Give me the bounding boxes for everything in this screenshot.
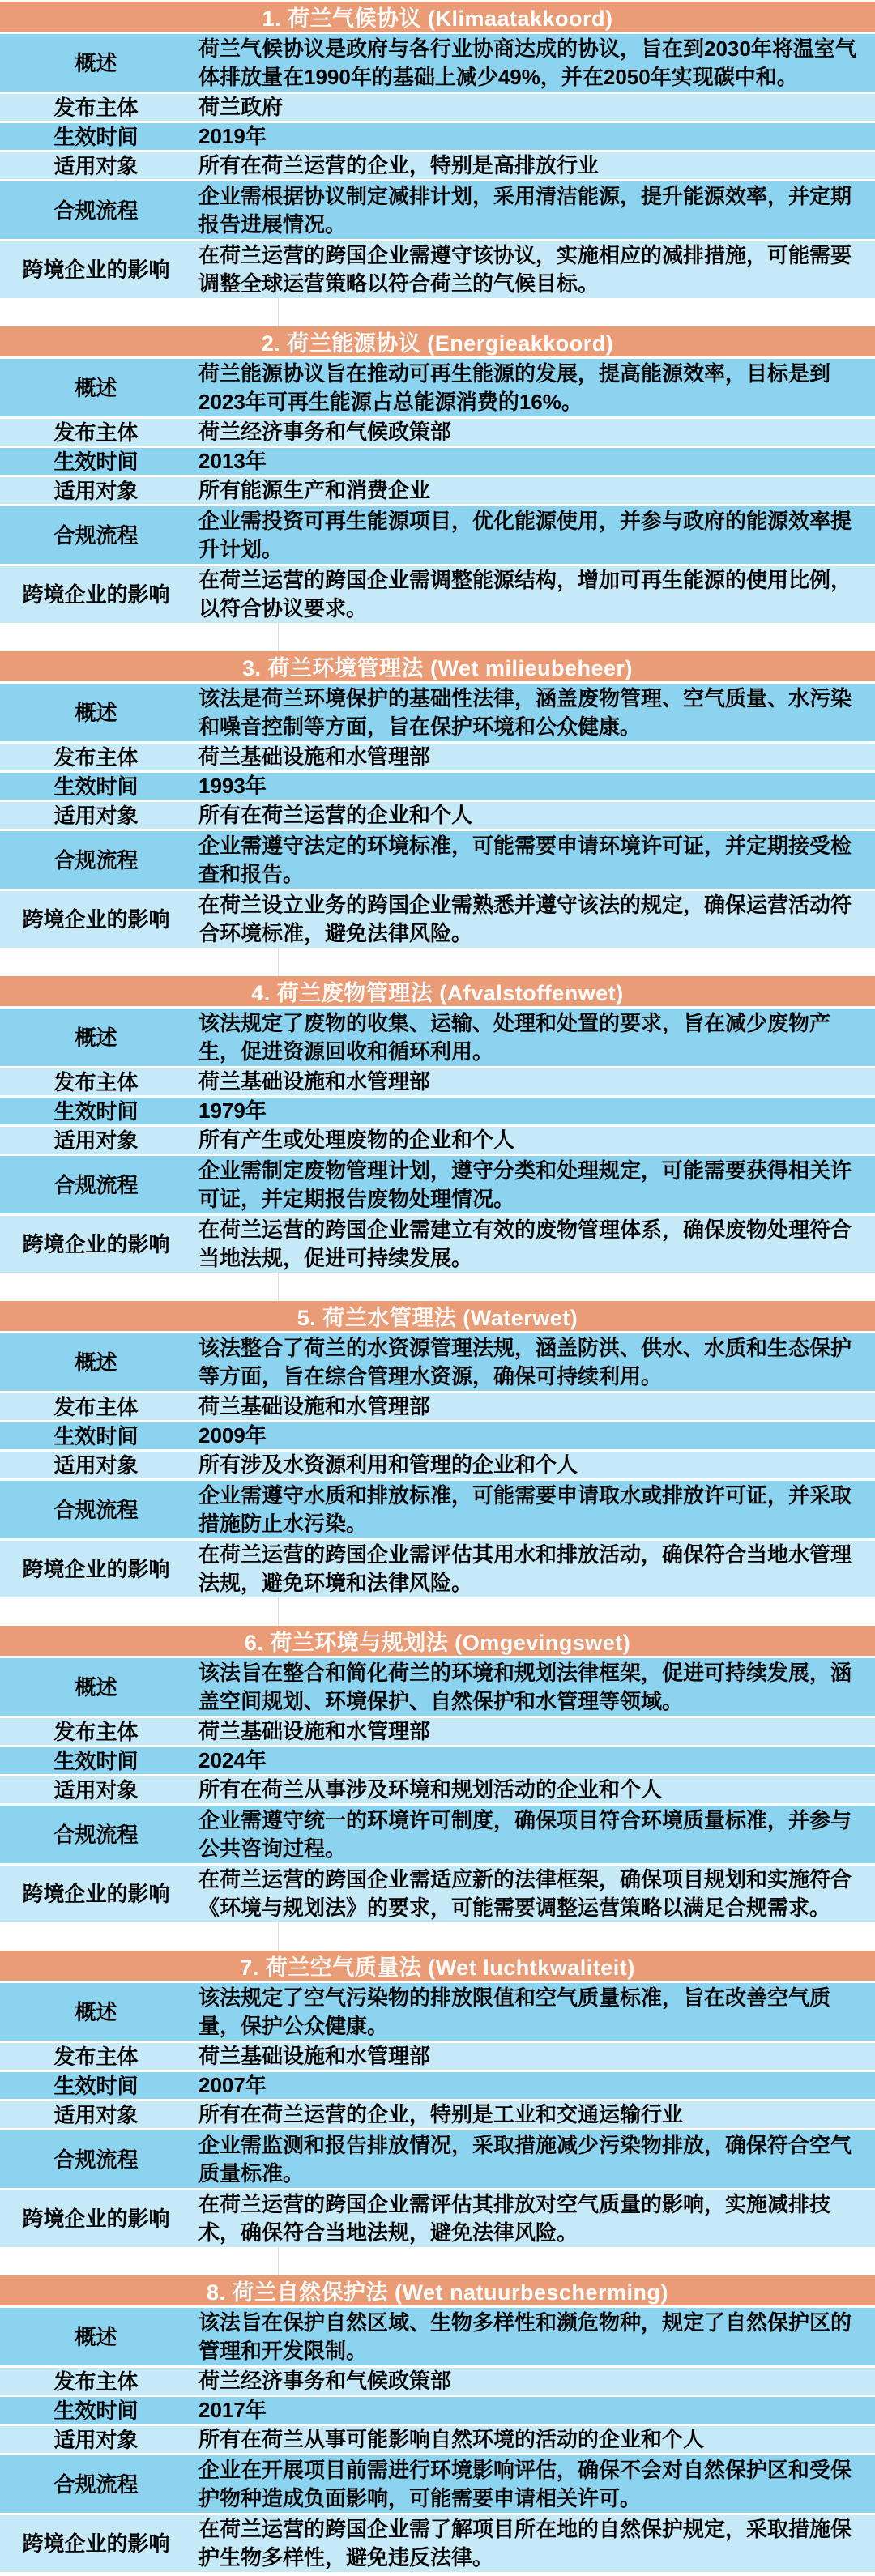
impact-text: 在荷兰运营的跨国企业需适应新的法律框架，确保项目规划和实施符合《环境与规划法》的…: [192, 1866, 875, 1922]
row-label-compliance: 合规流程: [0, 1156, 192, 1213]
overview-text: 荷兰气候协议是政府与各行业协商达成的协议，旨在到2030年将温室气体排放量在19…: [192, 34, 875, 92]
compliance-text: 企业需监测和报告排放情况，采取措施减少污染物排放，确保符合空气质量标准。: [192, 2130, 875, 2188]
row-label-overview: 概述: [0, 1333, 192, 1391]
effective-text: 1993年: [192, 773, 875, 800]
applicable-text: 所有涉及水资源利用和管理的企业和个人: [192, 1452, 875, 1478]
issuer-text: 荷兰基础设施和水管理部: [192, 1718, 875, 1745]
row-label-applicable: 适用对象: [0, 2426, 192, 2453]
compliance-text: 企业需遵守水质和排放标准，可能需要申请取水或排放许可证，并采取措施防止水污染。: [192, 1481, 875, 1538]
compliance-text: 企业在开展项目前需进行环境影响评估，确保不会对自然保护区和受保护物种造成负面影响…: [192, 2455, 875, 2513]
effective-text: 2013年: [192, 448, 875, 475]
section-gap: [0, 1273, 875, 1301]
effective-text: 2009年: [192, 1422, 875, 1449]
row-label-effective: 生效时间: [0, 773, 192, 800]
row-label-effective: 生效时间: [0, 2397, 192, 2424]
row-label-compliance: 合规流程: [0, 831, 192, 889]
impact-text: 在荷兰运营的跨国企业需调整能源结构，增加可再生能源的使用比例，以符合协议要求。: [192, 566, 875, 623]
applicable-text: 所有能源生产和消费企业: [192, 477, 875, 504]
row-label-issuer: 发布主体: [0, 2043, 192, 2070]
overview-text: 该法是荷兰环境保护的基础性法律，涵盖废物管理、空气质量、水污染和噪音控制等方面，…: [192, 684, 875, 741]
impact-text: 在荷兰运营的跨国企业需评估其排放对空气质量的影响，实施减排技术，确保符合当地法规…: [192, 2190, 875, 2247]
row-label-issuer: 发布主体: [0, 1718, 192, 1745]
row-label-overview: 概述: [0, 1983, 192, 2041]
row-label-effective: 生效时间: [0, 2072, 192, 2099]
grid-line: [278, 298, 279, 326]
row-label-issuer: 发布主体: [0, 94, 192, 121]
row-label-impact: 跨境企业的影响: [0, 1541, 192, 1597]
row-label-issuer: 发布主体: [0, 1393, 192, 1420]
overview-text: 该法规定了空气污染物的排放限值和空气质量标准，旨在改善空气质量，保护公众健康。: [192, 1983, 875, 2041]
applicable-text: 所有在荷兰运营的企业，特别是高排放行业: [192, 152, 875, 179]
applicable-text: 所有在荷兰运营的企业和个人: [192, 802, 875, 829]
row-label-compliance: 合规流程: [0, 1481, 192, 1538]
compliance-text: 企业需投资可再生能源项目，优化能源使用，并参与政府的能源效率提升计划。: [192, 506, 875, 564]
issuer-text: 荷兰经济事务和气候政策部: [192, 419, 875, 446]
section-energieakkoord: 2. 荷兰能源协议 (Energieakkoord) 概述荷兰能源协议旨在推动可…: [0, 326, 875, 623]
issuer-text: 荷兰基础设施和水管理部: [192, 744, 875, 770]
law-table-page: 1. 荷兰气候协议 (Klimaatakkoord) 概述荷兰气候协议是政府与各…: [0, 0, 875, 2572]
impact-text: 在荷兰运营的跨国企业需了解项目所在地的自然保护规定，采取措施保护生物多样性，避免…: [192, 2515, 875, 2572]
effective-text: 1979年: [192, 1098, 875, 1124]
row-label-compliance: 合规流程: [0, 181, 192, 239]
row-label-overview: 概述: [0, 1658, 192, 1716]
applicable-text: 所有在荷兰从事涉及环境和规划活动的企业和个人: [192, 1776, 875, 1803]
row-label-impact: 跨境企业的影响: [0, 2190, 192, 2247]
impact-text: 在荷兰运营的跨国企业需建立有效的废物管理体系，确保废物处理符合当地法规，促进可持…: [192, 1216, 875, 1273]
effective-text: 2024年: [192, 1747, 875, 1774]
row-label-impact: 跨境企业的影响: [0, 1866, 192, 1922]
row-label-impact: 跨境企业的影响: [0, 2515, 192, 2572]
section-title: 6. 荷兰环境与规划法 (Omgevingswet): [0, 1626, 875, 1656]
section-title: 2. 荷兰能源协议 (Energieakkoord): [0, 326, 875, 356]
section-klimaatakkoord: 1. 荷兰气候协议 (Klimaatakkoord) 概述荷兰气候协议是政府与各…: [0, 2, 875, 298]
compliance-text: 企业需遵守法定的环境标准，可能需要申请环境许可证，并定期接受检查和报告。: [192, 831, 875, 889]
row-label-issuer: 发布主体: [0, 2368, 192, 2395]
grid-line: [278, 1597, 279, 1626]
section-gap: [0, 623, 875, 651]
grid-line: [278, 1273, 279, 1301]
applicable-text: 所有在荷兰运营的企业，特别是工业和交通运输行业: [192, 2101, 875, 2128]
section-gap: [0, 1597, 875, 1626]
section-title: 5. 荷兰水管理法 (Waterwet): [0, 1301, 875, 1331]
row-label-compliance: 合规流程: [0, 2455, 192, 2513]
grid-line: [278, 2247, 279, 2275]
section-title: 8. 荷兰自然保护法 (Wet natuurbescherming): [0, 2275, 875, 2305]
section-wet-milieubeheer: 3. 荷兰环境管理法 (Wet milieubeheer) 概述该法是荷兰环境保…: [0, 651, 875, 948]
row-label-effective: 生效时间: [0, 1422, 192, 1449]
section-title: 3. 荷兰环境管理法 (Wet milieubeheer): [0, 651, 875, 681]
section-wet-luchtkwaliteit: 7. 荷兰空气质量法 (Wet luchtkwaliteit) 概述该法规定了空…: [0, 1951, 875, 2247]
row-label-overview: 概述: [0, 34, 192, 92]
row-label-issuer: 发布主体: [0, 744, 192, 770]
overview-text: 该法旨在保护自然区域、生物多样性和濒危物种，规定了自然保护区的管理和开发限制。: [192, 2308, 875, 2365]
row-label-overview: 概述: [0, 1009, 192, 1066]
row-label-effective: 生效时间: [0, 448, 192, 475]
row-label-applicable: 适用对象: [0, 1127, 192, 1154]
section-title: 1. 荷兰气候协议 (Klimaatakkoord): [0, 2, 875, 32]
row-label-applicable: 适用对象: [0, 152, 192, 179]
grid-line: [278, 948, 279, 976]
row-label-compliance: 合规流程: [0, 506, 192, 564]
row-label-applicable: 适用对象: [0, 477, 192, 504]
section-gap: [0, 298, 875, 326]
grid-line: [278, 623, 279, 651]
row-label-overview: 概述: [0, 2308, 192, 2365]
effective-text: 2017年: [192, 2397, 875, 2424]
issuer-text: 荷兰基础设施和水管理部: [192, 1068, 875, 1095]
row-label-applicable: 适用对象: [0, 2101, 192, 2128]
compliance-text: 企业需遵守统一的环境许可制度，确保项目符合环境质量标准，并参与公共咨询过程。: [192, 1806, 875, 1863]
overview-text: 该法整合了荷兰的水资源管理法规，涵盖防洪、供水、水质和生态保护等方面，旨在综合管…: [192, 1333, 875, 1391]
row-label-issuer: 发布主体: [0, 419, 192, 446]
row-label-impact: 跨境企业的影响: [0, 891, 192, 948]
row-label-impact: 跨境企业的影响: [0, 1216, 192, 1273]
effective-text: 2019年: [192, 123, 875, 150]
section-gap: [0, 2247, 875, 2275]
row-label-overview: 概述: [0, 684, 192, 741]
issuer-text: 荷兰经济事务和气候政策部: [192, 2368, 875, 2395]
section-gap: [0, 948, 875, 976]
section-title: 7. 荷兰空气质量法 (Wet luchtkwaliteit): [0, 1951, 875, 1981]
row-label-applicable: 适用对象: [0, 1452, 192, 1478]
overview-text: 该法规定了废物的收集、运输、处理和处置的要求，旨在减少废物产生，促进资源回收和循…: [192, 1009, 875, 1066]
row-label-effective: 生效时间: [0, 123, 192, 150]
row-label-impact: 跨境企业的影响: [0, 566, 192, 623]
compliance-text: 企业需制定废物管理计划，遵守分类和处理规定，可能需要获得相关许可证，并定期报告废…: [192, 1156, 875, 1213]
section-waterwet: 5. 荷兰水管理法 (Waterwet) 概述该法整合了荷兰的水资源管理法规，涵…: [0, 1301, 875, 1597]
issuer-text: 荷兰基础设施和水管理部: [192, 1393, 875, 1420]
impact-text: 在荷兰设立业务的跨国企业需熟悉并遵守该法的规定，确保运营活动符合环境标准，避免法…: [192, 891, 875, 948]
grid-line: [278, 1922, 279, 1951]
row-label-compliance: 合规流程: [0, 1806, 192, 1863]
section-gap: [0, 1922, 875, 1951]
compliance-text: 企业需根据协议制定减排计划，采用清洁能源，提升能源效率，并定期报告进展情况。: [192, 181, 875, 239]
section-omgevingswet: 6. 荷兰环境与规划法 (Omgevingswet) 概述该法旨在整合和简化荷兰…: [0, 1626, 875, 1922]
row-label-applicable: 适用对象: [0, 802, 192, 829]
issuer-text: 荷兰政府: [192, 94, 875, 121]
applicable-text: 所有在荷兰从事可能影响自然环境的活动的企业和个人: [192, 2426, 875, 2453]
issuer-text: 荷兰基础设施和水管理部: [192, 2043, 875, 2070]
row-label-compliance: 合规流程: [0, 2130, 192, 2188]
overview-text: 该法旨在整合和简化荷兰的环境和规划法律框架，促进可持续发展，涵盖空间规划、环境保…: [192, 1658, 875, 1716]
effective-text: 2007年: [192, 2072, 875, 2099]
section-afvalstoffenwet: 4. 荷兰废物管理法 (Afvalstoffenwet) 概述该法规定了废物的收…: [0, 976, 875, 1273]
overview-text: 荷兰能源协议旨在推动可再生能源的发展，提高能源效率，目标是到2023年可再生能源…: [192, 359, 875, 416]
section-title: 4. 荷兰废物管理法 (Afvalstoffenwet): [0, 976, 875, 1006]
applicable-text: 所有产生或处理废物的企业和个人: [192, 1127, 875, 1154]
row-label-overview: 概述: [0, 359, 192, 416]
row-label-effective: 生效时间: [0, 1098, 192, 1124]
impact-text: 在荷兰运营的跨国企业需评估其用水和排放活动，确保符合当地水管理法规，避免环境和法…: [192, 1541, 875, 1597]
row-label-effective: 生效时间: [0, 1747, 192, 1774]
row-label-issuer: 发布主体: [0, 1068, 192, 1095]
section-wet-natuurbescherming: 8. 荷兰自然保护法 (Wet natuurbescherming) 概述该法旨…: [0, 2275, 875, 2572]
row-label-applicable: 适用对象: [0, 1776, 192, 1803]
impact-text: 在荷兰运营的跨国企业需遵守该协议，实施相应的减排措施，可能需要调整全球运营策略以…: [192, 241, 875, 298]
row-label-impact: 跨境企业的影响: [0, 241, 192, 298]
